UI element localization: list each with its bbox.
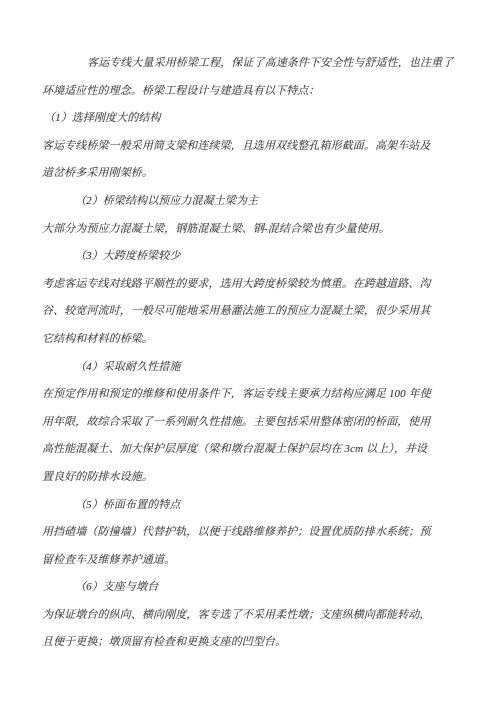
text-line: 客运专线大量采用桥梁工程，保证了高速条件下安全性与舒适性，也注重了 bbox=[42, 50, 426, 78]
heading-point-2: （2）桥梁结构以预应力混凝土梁为主 bbox=[42, 188, 426, 216]
heading-line: （6）支座与墩台 bbox=[42, 574, 426, 602]
text-line: 考虑客运专线对线路平顺性的要求，选用大跨度桥梁较为慎重。在跨越道路、沟 bbox=[42, 271, 426, 299]
text-line: 谷、较宽河流时，一般尽可能地采用悬灌法施工的预应力混凝土梁，很少采用其 bbox=[42, 298, 426, 326]
heading-point-1: （1）选择刚度大的结构 bbox=[42, 105, 426, 133]
intro-paragraph: 客运专线大量采用桥梁工程，保证了高速条件下安全性与舒适性，也注重了 环境适应性的… bbox=[42, 50, 426, 105]
paragraph-point-3: 考虑客运专线对线路平顺性的要求，选用大跨度桥梁较为慎重。在跨越道路、沟 谷、较宽… bbox=[42, 271, 426, 354]
heading-line: （2）桥梁结构以预应力混凝土梁为主 bbox=[42, 188, 426, 216]
heading-line: （3）大跨度桥梁较少 bbox=[42, 243, 426, 271]
heading-point-4: （4）采取耐久性措施 bbox=[42, 354, 426, 382]
text-line: 为保证墩台的纵向、横向刚度，客专选了不采用柔性墩；支座纵横向都能转动， bbox=[42, 602, 426, 630]
text-line: 且便于更换；墩顶留有检查和更换支座的凹型台。 bbox=[42, 629, 426, 657]
text-line: 道岔桥多采用刚架桥。 bbox=[42, 160, 426, 188]
text-line: 环境适应性的理念。桥梁工程设计与建造具有以下特点： bbox=[42, 78, 426, 106]
paragraph-point-2: 大部分为预应力混凝土梁，钢筋混凝土梁、钢-混结合梁也有少量使用。 bbox=[42, 216, 426, 244]
text-line: 用挡碴墙（防撞墙）代替护轨，以便于线路维修养护；设置优质防排水系统；预 bbox=[42, 519, 426, 547]
text-line: 它结构和材料的桥梁。 bbox=[42, 326, 426, 354]
text-line: 留检查车及维修养护通道。 bbox=[42, 547, 426, 575]
text-line: 置良好的防排水设施。 bbox=[42, 464, 426, 492]
heading-line: （1）选择刚度大的结构 bbox=[42, 105, 426, 133]
paragraph-point-5: 用挡碴墙（防撞墙）代替护轨，以便于线路维修养护；设置优质防排水系统；预 留检查车… bbox=[42, 519, 426, 574]
heading-line: （4）采取耐久性措施 bbox=[42, 354, 426, 382]
text-line: 客运专线桥梁一般采用简支梁和连续梁，且选用双线整孔箱形截面。高架车站及 bbox=[42, 133, 426, 161]
heading-line: （5）桥面布置的特点 bbox=[42, 492, 426, 520]
text-line: 在预定作用和预定的维修和使用条件下，客运专线主要承力结构应满足 100 年使 bbox=[42, 381, 426, 409]
text-line: 大部分为预应力混凝土梁，钢筋混凝土梁、钢-混结合梁也有少量使用。 bbox=[42, 216, 426, 244]
text-line: 高性能混凝土、加大保护层厚度（梁和墩台混凝土保护层均在 3cm 以上），并设 bbox=[42, 436, 426, 464]
paragraph-point-4: 在预定作用和预定的维修和使用条件下，客运专线主要承力结构应满足 100 年使 用… bbox=[42, 381, 426, 491]
paragraph-point-1: 客运专线桥梁一般采用简支梁和连续梁，且选用双线整孔箱形截面。高架车站及 道岔桥多… bbox=[42, 133, 426, 188]
paragraph-point-6: 为保证墩台的纵向、横向刚度，客专选了不采用柔性墩；支座纵横向都能转动， 且便于更… bbox=[42, 602, 426, 657]
heading-point-6: （6）支座与墩台 bbox=[42, 574, 426, 602]
document-page: 客运专线大量采用桥梁工程，保证了高速条件下安全性与舒适性，也注重了 环境适应性的… bbox=[0, 0, 496, 701]
heading-point-5: （5）桥面布置的特点 bbox=[42, 492, 426, 520]
text-line: 用年限，故综合采取了一系列耐久性措施。主要包括采用整体密闭的桥面，使用 bbox=[42, 409, 426, 437]
heading-point-3: （3）大跨度桥梁较少 bbox=[42, 243, 426, 271]
